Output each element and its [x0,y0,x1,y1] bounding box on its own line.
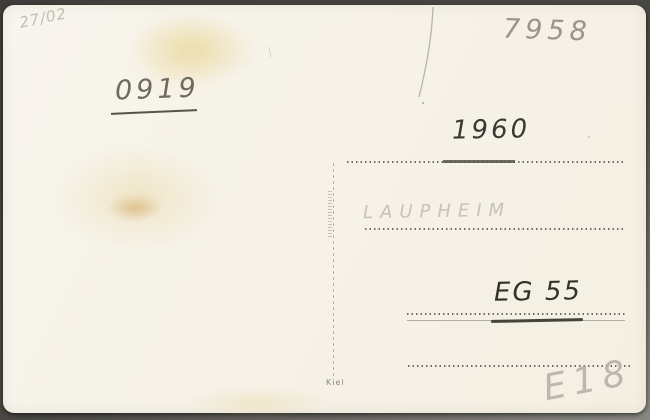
handwritten-place-name: LAUPHEIM [363,200,511,224]
handwritten-dealer-code: E18 [540,352,636,409]
vertical-imprint-microtext [328,191,332,237]
stain-middle-left [53,143,223,253]
pencil-stroke [3,5,646,413]
publisher-mark: Kiel [326,378,345,387]
postcard-back: 27/02 7958 0919 1960 LAUPHEIM EG 55 E18 … [3,5,646,413]
handwritten-corner-note: 27/02 [18,4,69,32]
message-address-divider [333,163,334,377]
handwritten-postal-code: 7958 [502,13,592,47]
address-line-3 [407,313,627,315]
address-line-2 [365,228,625,230]
speck [422,102,424,104]
negative-number-underline [111,109,197,115]
handwritten-reference-code: EG 55 [494,276,582,308]
handwritten-year: 1960 [452,114,531,145]
speck [588,136,590,138]
address-line-1-overdraw [443,160,515,163]
scanner-background: 27/02 7958 0919 1960 LAUPHEIM EG 55 E18 … [0,0,650,420]
handwritten-negative-number: 0919 [114,73,200,107]
reference-code-underline [491,318,583,323]
stain-blob [109,195,161,221]
stain-bottom [183,387,333,417]
